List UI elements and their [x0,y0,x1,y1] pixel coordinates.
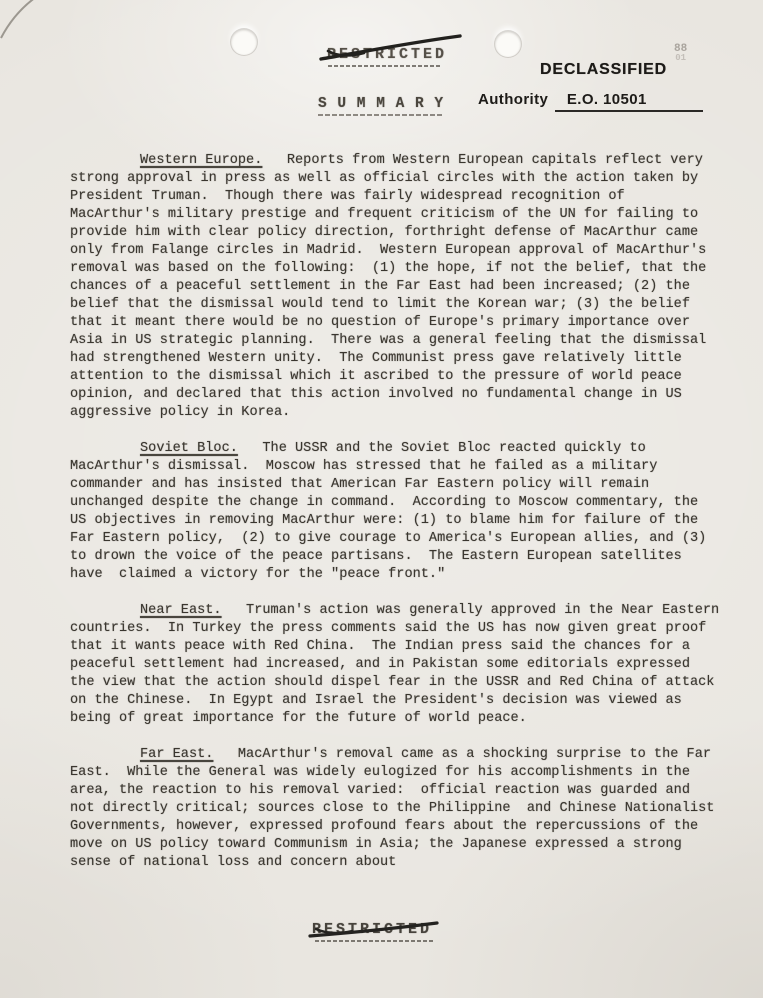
restricted-stamp-text: RESTRICTED [327,46,447,63]
title-underline [318,114,444,116]
authority-value-underline: E.O. 10501 [555,91,703,112]
scanned-document-page: RESTRICTED DECLASSIFIED Authority E.O. 1… [0,0,763,998]
paragraph-western-europe: Western Europe. Reports from Western Eur… [70,152,722,422]
paragraph-body: Truman's action was generally approved i… [70,603,727,726]
stamp-fineprint-line [328,65,440,67]
paragraph-far-east: Far East. MacArthur's removal came as a … [70,746,722,872]
paragraph-heading: Western Europe. [140,153,262,168]
restricted-stamp-bottom: RESTRICTED [312,920,433,942]
hole-punch-right [495,31,521,57]
paragraph-heading: Near East. [140,603,222,618]
paragraph-soviet-bloc: Soviet Bloc. The USSR and the Soviet Blo… [70,440,722,584]
corner-page-mark: 88 01 [674,45,687,63]
document-body: Western Europe. Reports from Western Eur… [70,152,722,872]
paragraph-body: MacArthur's removal came as a shocking s… [70,747,723,870]
corner-mark-sub: 01 [674,54,687,63]
page-corner-crease [1,0,36,38]
paragraph-near-east: Near East. Truman's action was generally… [70,602,722,728]
declassified-stamp: DECLASSIFIED Authority E.O. 10501 [478,61,703,112]
hole-punch-left [231,29,257,55]
authority-label: Authority [478,91,548,108]
paragraph-body: The USSR and the Soviet Bloc reacted qui… [70,441,714,582]
authority-row: Authority E.O. 10501 [478,91,703,112]
document-title: S U M M A R Y [318,96,444,118]
paragraph-heading: Soviet Bloc. [140,441,238,456]
document-title-text: S U M M A R Y [318,96,444,112]
restricted-stamp-top: RESTRICTED [327,45,447,67]
declassified-title: DECLASSIFIED [540,61,703,79]
paragraph-heading: Far East. [140,747,213,762]
stamp-fineprint-line [315,940,433,942]
authority-value: E.O. 10501 [567,91,647,108]
paragraph-body: Reports from Western European capitals r… [70,153,714,420]
restricted-stamp-text: RESTRICTED [312,921,432,938]
